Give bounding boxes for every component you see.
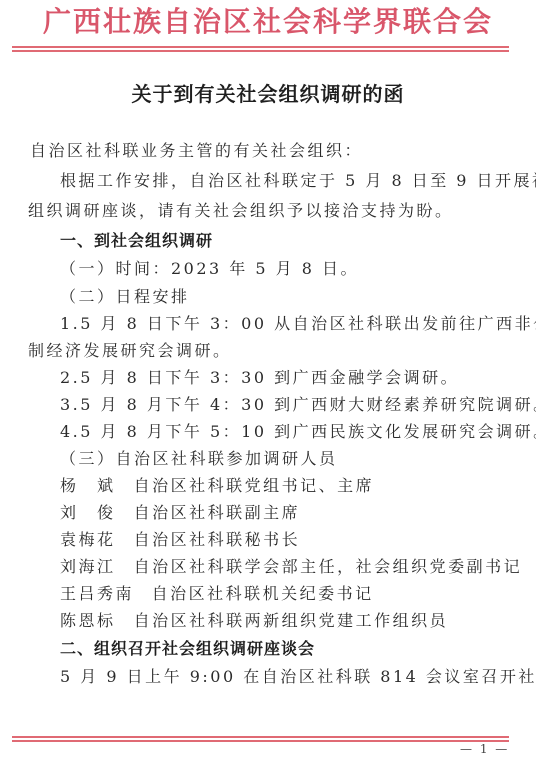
section-2-heading: 二、组织召开社会组织调研座谈会: [60, 638, 315, 660]
letterhead-divider: [12, 46, 509, 52]
participant-name: 陈恩标: [60, 610, 126, 632]
participant-name: 刘海江: [60, 556, 126, 578]
participant-row: 刘海江 自治区社科联学会部主任，社会组织党委副书记: [60, 556, 522, 578]
salutation: 自治区社科联业务主管的有关社会组织：: [30, 140, 363, 162]
schedule-item-1-cont: 制经济发展研究会调研。: [28, 340, 232, 362]
participant-row: 杨 斌 自治区社科联党组书记、主席: [60, 475, 374, 497]
divider-line: [12, 50, 509, 52]
divider-line: [12, 736, 509, 738]
document-title: 关于到有关社会组织调研的函: [0, 78, 536, 107]
participant-role: 自治区社科联两新组织党建工作组织员: [134, 611, 449, 630]
participant-row: 王吕秀南 自治区社科联机关纪委书记: [60, 583, 374, 605]
letterhead-title: 广西壮族自治区社会科学界联合会: [0, 4, 536, 40]
intro-line-1: 根据工作安排，自治区社科联定于 5 月 8 日至 9 日开展社会: [60, 170, 536, 192]
participant-role: 自治区社科联机关纪委书记: [152, 584, 374, 603]
participant-role: 自治区社科联党组书记、主席: [134, 476, 375, 495]
schedule-heading: （二）日程安排: [60, 286, 190, 308]
participant-role: 自治区社科联副主席: [134, 503, 301, 522]
section-2-body: 5 月 9 日上午 9:00 在自治区社科联 814 会议室召开社会组织: [60, 666, 536, 688]
divider-line: [12, 46, 509, 48]
page-number: — 1 —: [460, 742, 509, 756]
intro-line-2: 组织调研座谈，请有关社会组织予以接洽支持为盼。: [28, 200, 454, 222]
participant-name: 袁梅花: [60, 529, 126, 551]
time-line: （一）时间：2023 年 5 月 8 日。: [60, 258, 359, 280]
divider-line: [12, 740, 509, 742]
schedule-item-2: 2.5 月 8 日下午 3：30 到广西金融学会调研。: [60, 367, 459, 389]
participant-row: 袁梅花 自治区社科联秘书长: [60, 529, 300, 551]
footer-divider: [12, 736, 509, 742]
schedule-item-3: 3.5 月 8 月下午 4：30 到广西财大财经素养研究院调研。: [60, 394, 536, 416]
participant-name: 刘 俊: [60, 502, 126, 524]
participant-role: 自治区社科联秘书长: [134, 530, 301, 549]
schedule-item-1: 1.5 月 8 日下午 3：00 从自治区社科联出发前往广西非公有: [60, 313, 536, 335]
section-1-heading: 一、到社会组织调研: [60, 230, 213, 252]
participant-name: 杨 斌: [60, 475, 126, 497]
participant-row: 陈恩标 自治区社科联两新组织党建工作组织员: [60, 610, 448, 632]
participants-heading: （三）自治区社科联参加调研人员: [60, 448, 338, 470]
participant-role: 自治区社科联学会部主任，社会组织党委副书记: [134, 557, 523, 576]
participant-name: 王吕秀南: [60, 583, 144, 605]
schedule-item-4: 4.5 月 8 月下午 5：10 到广西民族文化发展研究会调研。: [60, 421, 536, 443]
participant-row: 刘 俊 自治区社科联副主席: [60, 502, 300, 524]
